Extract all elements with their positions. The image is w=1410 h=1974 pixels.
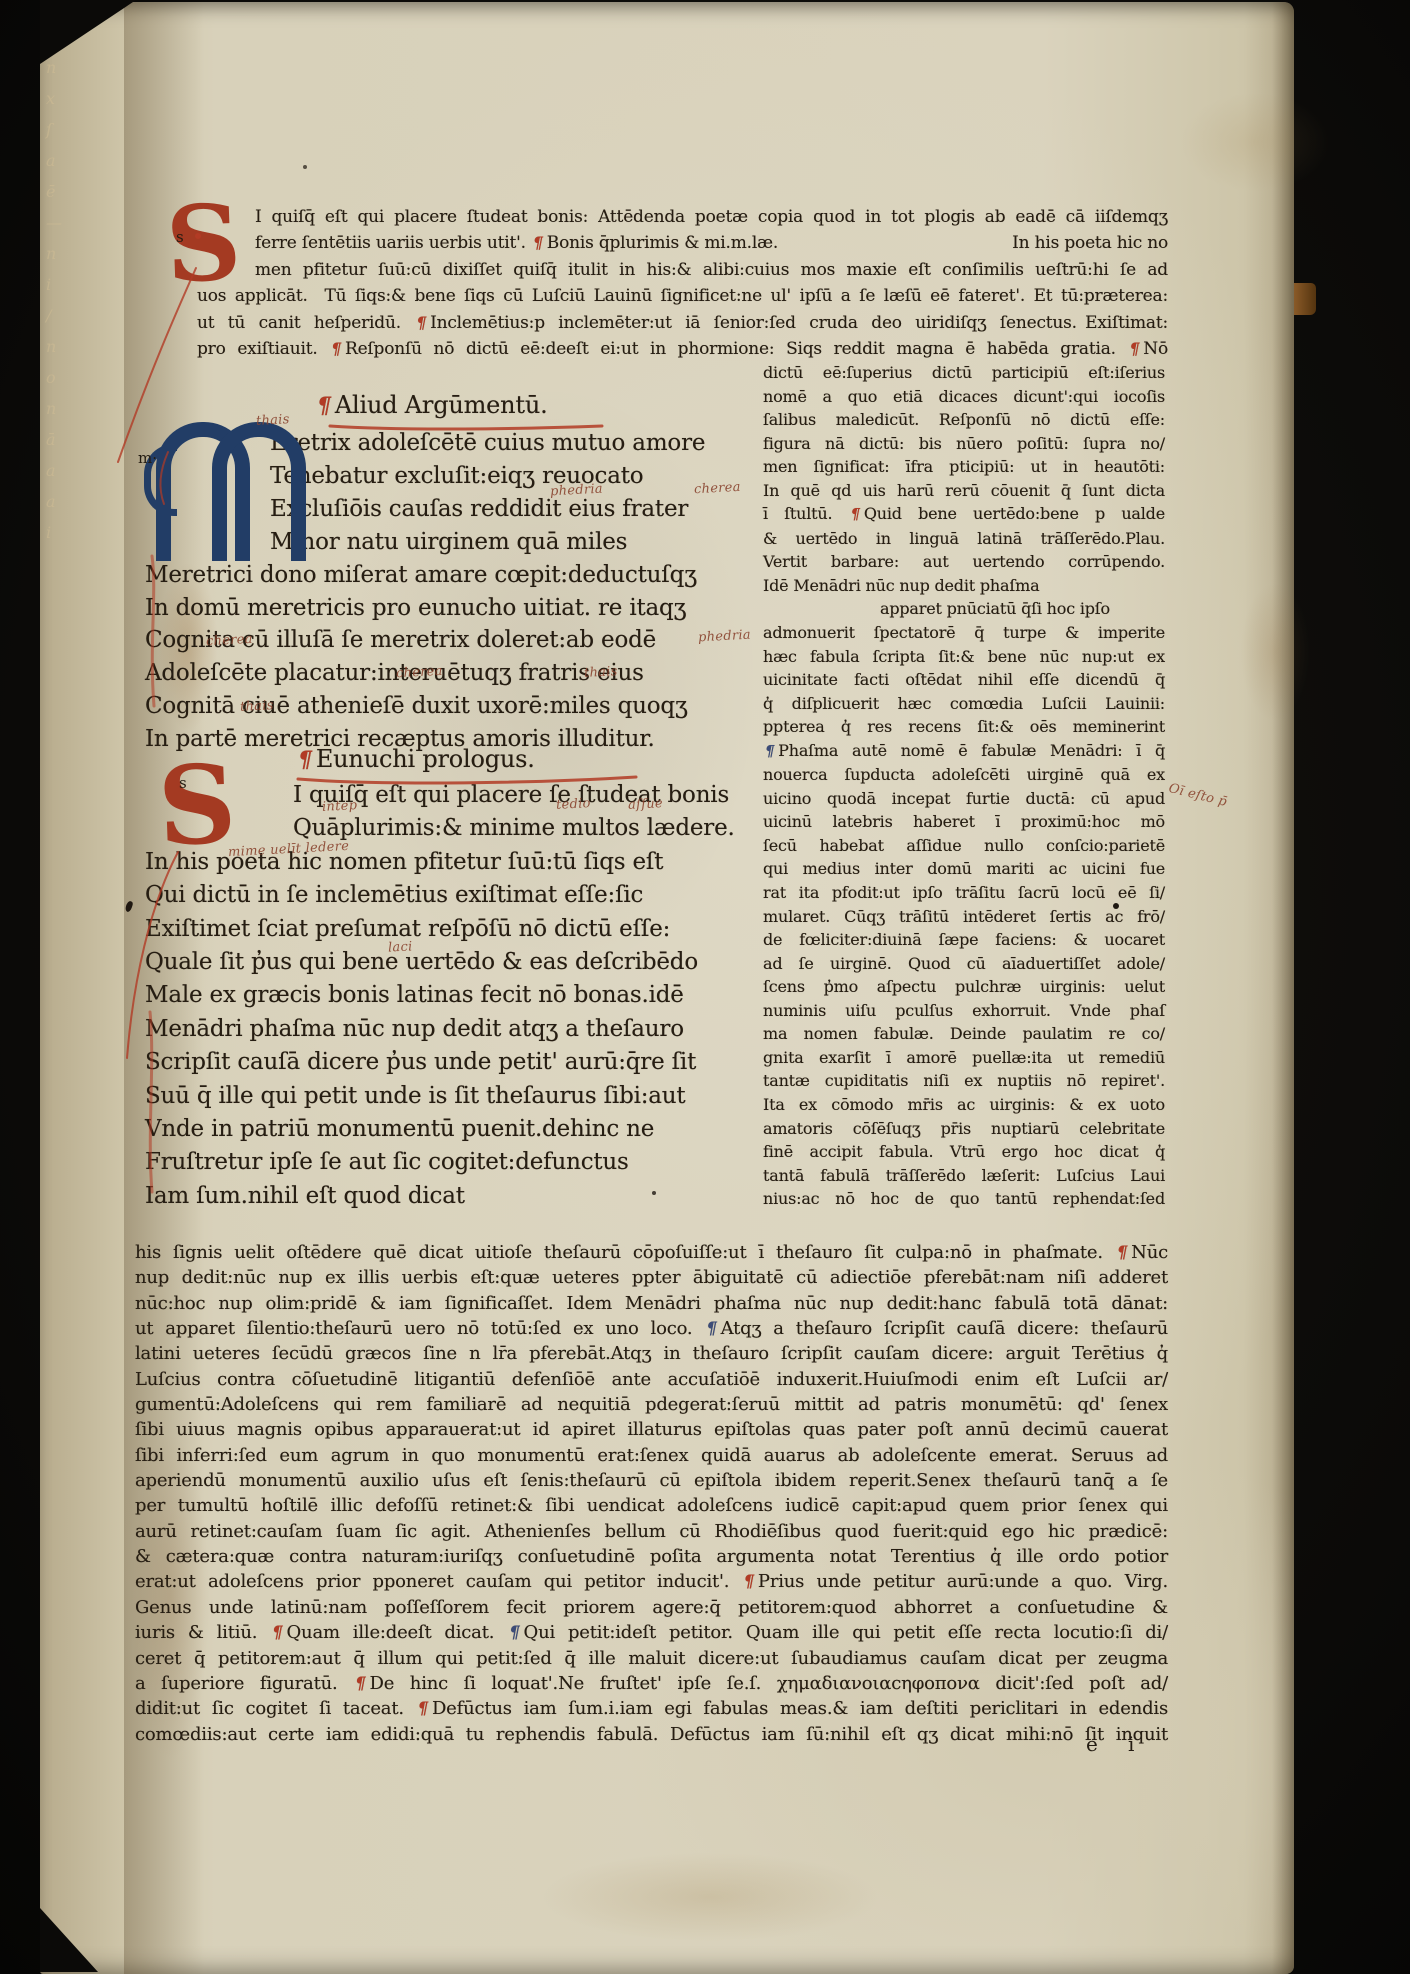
text-segment: Qui dictū in ſe inclemētius exiſtimat eſ…	[145, 882, 643, 908]
text-segment: Quāplurimis:& minime multos lædere.	[293, 815, 735, 841]
text-segment: Minor natu uirginem quā miles	[270, 529, 627, 555]
text-segment: Idē Menādri nūc nup dedit phaſma	[763, 576, 1039, 595]
text-segment: Defūctus iam ſum.i.iam egi fabulas meas.…	[432, 1698, 1168, 1719]
text-segment: apparet pnūciatū q̄ſi hoc ipſo	[880, 599, 1110, 618]
commentary-top-block: I quiſq̄ eſt qui placere ſtudeat bonis: …	[197, 204, 1168, 362]
text-segment: Nō	[1143, 339, 1168, 359]
text-segment: gumentū:Adoleſcens qui rem familiarē ad …	[135, 1394, 1168, 1415]
text-segment: & uertēdo in linguā latinā trāſſerēdo.Pl…	[763, 529, 1165, 548]
text-segment: Iam ſum.nihil eſt quod dicat	[145, 1183, 465, 1209]
text-segment: uicinitate facti oſtēdat nihil eſſe dice…	[763, 670, 1165, 689]
text-line: comœdiis:aut certe iam edidi:quā tu reph…	[135, 1722, 1168, 1747]
text-segment: erat:ut adoleſcens prior pponeret cauſam…	[135, 1571, 742, 1592]
text-segment: amatoris cōſēſuqʒ pr̄is nuptiarū celebri…	[763, 1119, 1165, 1138]
text-line: de fœliciter:diuinā ſæpe faciens: & uoca…	[763, 928, 1165, 952]
text-line: per tumultū hoſtilē illic defoſſū retine…	[135, 1493, 1168, 1518]
text-line: Scripſit cauſā dicere p̓us unde petit' a…	[145, 1046, 749, 1079]
signature-mark-e: e	[1086, 1732, 1098, 1756]
text-segment: aurū retinet:cauſam ſuam ſic agit. Athen…	[135, 1521, 1168, 1542]
paragraph-mark: ¶	[704, 1318, 720, 1338]
text-line: ſibi uiuus magnis opibus apparauerat:ut …	[135, 1417, 1168, 1442]
paragraph-mark: ¶	[1115, 1242, 1131, 1262]
text-segment: aperiendū monumentū auxilio uſus eſt ſen…	[135, 1470, 1168, 1491]
text-line: ¶Aliud Argūmentū.	[315, 391, 675, 419]
text-segment: Cognitā ciuē athenieſē duxit uxorē:miles…	[145, 693, 688, 719]
marginal-annotation: tedio	[556, 796, 591, 813]
text-segment: admonuerit ſpectatorē q̄ turpe & imperit…	[763, 623, 1165, 642]
text-segment: ut tū canit heſperidū.	[197, 313, 414, 333]
marginal-annotation: laci	[388, 939, 413, 955]
guide-letter-m: m·	[138, 449, 157, 467]
text-line: ceret q̄ petitorem:aut q̄ illum qui peti…	[135, 1646, 1168, 1671]
text-line: nomē a quo etiā dicaces dicunt':qui ioco…	[763, 385, 1165, 409]
heading-aliud-argumentum: ¶Aliud Argūmentū.	[315, 391, 675, 419]
text-line: Fruſtretur ipſe ſe aut ſic cogitet:defun…	[145, 1146, 749, 1179]
paragraph-mark: ¶	[353, 1673, 369, 1693]
text-segment: In quē qd uis harū rerū cōuenit q̄ ſunt …	[763, 481, 1165, 500]
text-segment: ſibi inferri:ſed eum agrum in quo monume…	[135, 1445, 1168, 1466]
text-segment: Eunuchi prologus.	[316, 745, 535, 773]
text-segment: I quiſq̄ eſt qui placere ſtudeat bonis: …	[255, 207, 1168, 227]
text-line: nup dedit:nūc nup ex illis uerbis eſt:qu…	[135, 1265, 1168, 1290]
text-segment: pro exiſtiauit.	[197, 339, 329, 359]
text-segment: mularet. Cūqʒ trāſitū intēderet ſertis a…	[763, 907, 1165, 926]
paragraph-mark: ¶	[329, 339, 345, 358]
text-segment: Luſcius contra cōſuetudinē litigantiū de…	[135, 1369, 1168, 1390]
text-segment: Aliud Argūmentū.	[335, 391, 548, 419]
page-right-edge	[1272, 2, 1294, 1974]
text-segment: nouerca ſupducta adoleſcēti uirginē quā …	[763, 765, 1165, 784]
text-segment: gnita exarſit ī amorē puellæ:ita ut reme…	[763, 1048, 1165, 1067]
text-segment: ut apparet ſilentio:theſaurū uero nō tot…	[135, 1318, 704, 1339]
edge-glyph: ā	[46, 430, 56, 449]
text-line: tantā fabulā trāſſerēdo læſerit: Luſcius…	[763, 1164, 1165, 1188]
paragraph-mark: ¶	[849, 506, 864, 523]
text-line: ppterea q̓ res recens ſit:& oēs memineri…	[763, 715, 1165, 739]
guide-letter-s: s	[179, 774, 187, 792]
text-line: finē accipit fabula. Vtrū ergo hoc dicat…	[763, 1140, 1165, 1164]
text-segment: Quale ſit p̓us qui bene uertēdo & eas de…	[145, 949, 698, 975]
text-segment: In domū meretricis pro eunucho uitiat. r…	[145, 595, 686, 621]
heading-eunuchi-prologus: ¶Eunuchi prologus.	[296, 745, 676, 773]
edge-glyph: x	[46, 89, 55, 108]
marginal-annotation: thais	[240, 698, 274, 715]
text-line: amatoris cōſēſuqʒ pr̄is nuptiarū celebri…	[763, 1117, 1165, 1141]
text-segment: Suū q̄ ille qui petit unde is ſit theſau…	[145, 1083, 685, 1109]
text-segment: Atqʒ a theſauro ſcripſit cauſā dicere: t…	[721, 1318, 1168, 1339]
text-segment: Vertit barbare: aut uertendo corrūpendo.	[763, 552, 1165, 571]
edge-glyph: a	[46, 492, 56, 511]
marginal-annotation: intep	[322, 798, 358, 815]
marginal-annotation: thais	[584, 664, 618, 681]
edge-glyph: /	[46, 306, 51, 325]
text-segment: per tumultū hoſtilē illic defoſſū retine…	[135, 1495, 1168, 1516]
edge-glyph: i	[46, 275, 51, 294]
text-line: Iam ſum.nihil eſt quod dicat	[145, 1180, 749, 1213]
text-line: ma nomen fabulæ. Deinde paulatim re co/	[763, 1022, 1165, 1046]
text-line: men ſignificat: īfra pticipiū: ut in hea…	[763, 455, 1165, 479]
text-line: I quiſq̄ eſt qui placere ſtudeat bonis: …	[197, 204, 1168, 230]
text-segment: ſibi uiuus magnis opibus apparauerat:ut …	[135, 1419, 1168, 1440]
text-line: q̓ diſplicuerit hæc comœdia Luſcii Lauin…	[763, 692, 1165, 716]
text-line: Exiſtimet ſciat preſumat reſpōſū nō dict…	[145, 913, 749, 946]
text-line: ¶Eunuchi prologus.	[296, 745, 676, 773]
text-segment: Exiſtimet ſciat preſumat reſpōſū nō dict…	[145, 916, 670, 942]
text-line: ut apparet ſilentio:theſaurū uero nō tot…	[135, 1316, 1168, 1341]
text-segment: qui medius inter domū mariti ac uicini f…	[763, 859, 1165, 878]
text-line: admonuerit ſpectatorē q̄ turpe & imperit…	[763, 621, 1165, 645]
text-line: nūc:hoc nup olim:pridē & iam ſignificaſſ…	[135, 1291, 1168, 1316]
text-line: gnita exarſit ī amorē puellæ:ita ut reme…	[763, 1046, 1165, 1070]
text-segment: I quiſq̄ eſt qui placere ſe ſtudeat boni…	[293, 782, 729, 808]
text-line: dictū eē:ſuperius dictū participiū eſt:i…	[763, 361, 1165, 385]
gutter-leaf-edge	[40, 2, 124, 1974]
ink-speck	[1113, 903, 1119, 909]
commentary-bottom-block: his ſignis uelit oſtēdere quē dicat uiti…	[135, 1240, 1168, 1747]
text-segment: Male ex græcis bonis latinas fecit nō bo…	[145, 982, 684, 1008]
text-line: ¶Phaſma autē nomē ē fabulæ Menādri: ī q̄	[763, 739, 1165, 764]
text-line: In domū meretricis pro eunucho uitiat. r…	[145, 592, 749, 625]
commentary-right-column: dictū eē:ſuperius dictū participiū eſt:i…	[763, 361, 1165, 1211]
text-segment: dictū eē:ſuperius dictū participiū eſt:i…	[763, 363, 1165, 382]
text-segment: Qui petit:ideſt petitor. Quam ille qui p…	[524, 1622, 1168, 1643]
text-segment: ceret q̄ petitorem:aut q̄ illum qui peti…	[135, 1648, 1168, 1669]
text-line: Male ex græcis bonis latinas fecit nō bo…	[145, 979, 749, 1012]
text-line: Vertit barbare: aut uertendo corrūpendo.	[763, 550, 1165, 574]
text-line: uos applicāt. Tū ſiqs:& bene ſiqs cū Luſ…	[197, 283, 1168, 309]
bookmark-tab	[1294, 283, 1316, 315]
text-segment: De hinc ſi loquat'.Ne fruſtet' ipſe ſe.ſ…	[369, 1673, 1168, 1694]
text-line: hæc fabula ſcripta ſit:& bene nūc nup:ut…	[763, 645, 1165, 669]
text-segment: uicino quodā incepat furtie ductā: cū ap…	[763, 789, 1165, 808]
text-line: men pfitetur ſuū:cū dixiſſet quiſq̄ itul…	[197, 257, 1168, 283]
edge-glyph: ſ	[46, 120, 52, 139]
text-segment: uicinū latebris haberet ī proximū:hoc mō	[763, 812, 1165, 831]
text-segment: In his poeta hic no	[1012, 230, 1168, 256]
text-segment: iuris & litiū.	[135, 1622, 270, 1643]
text-line: aperiendū monumentū auxilio uſus eſt ſen…	[135, 1468, 1168, 1493]
paragraph-mark: ¶	[270, 1622, 286, 1642]
text-line: Luſcius contra cōſuetudinē litigantiū de…	[135, 1367, 1168, 1392]
text-segment: Excluſiōis cauſas reddidit eius frater	[270, 496, 688, 522]
edge-glyph: n	[46, 244, 56, 263]
edge-glyph: o	[46, 368, 56, 387]
text-line: Adoleſcēte placatur:interuētuqʒ fratris …	[145, 657, 749, 690]
text-segment: Fruſtretur ipſe ſe aut ſic cogitet:defun…	[145, 1149, 629, 1175]
text-line: mularet. Cūqʒ trāſitū intēderet ſertis a…	[763, 905, 1165, 929]
text-segment: Scripſit cauſā dicere p̓us unde petit' a…	[145, 1049, 696, 1075]
edge-glyph: i	[46, 523, 51, 542]
paragraph-mark: ¶	[507, 1622, 523, 1642]
text-line: Cognitā ciuē athenieſē duxit uxorē:miles…	[145, 690, 749, 723]
text-line: & cætera:quæ contra naturam:iuriſqʒ conſ…	[135, 1544, 1168, 1569]
text-line: rat ita pfodit:ut ipſo trāſitu ſacrū loc…	[763, 881, 1165, 905]
marginal-annotation: cherea	[694, 480, 742, 497]
text-line: latini ueteres ſecūdū græcos ſine n lr̄a…	[135, 1341, 1168, 1366]
text-line: Suū q̄ ille qui petit unde is ſit theſau…	[145, 1080, 749, 1113]
text-segment: ſalibus maledicūt. Reſponſū nō dictū eſſ…	[763, 410, 1165, 429]
text-line: uicinitate facti oſtēdat nihil eſſe dice…	[763, 668, 1165, 692]
text-segment: Bonis q̄plurimis & mi.m.læ.	[547, 233, 778, 253]
paragraph-mark: ¶	[1128, 339, 1144, 358]
text-segment: latini ueteres ſecūdū græcos ſine n lr̄a…	[135, 1343, 1168, 1364]
text-segment: Phaſma autē nomē ē fabulæ Menādri: ī q̄	[778, 741, 1165, 760]
text-segment: didit:ut ſic cogitet ſi taceat.	[135, 1698, 416, 1719]
stain	[540, 1852, 880, 1942]
text-segment: de fœliciter:diuinā ſæpe faciens: & uoca…	[763, 930, 1165, 949]
text-segment: Ita ex cōmodo mr̄is ac uirginis: & ex uo…	[763, 1095, 1165, 1114]
paragraph-mark: ¶	[531, 233, 547, 252]
text-line: ī ſtultū. ¶Quid bene uertēdo:bene p uald…	[763, 502, 1165, 527]
paragraph-mark: ¶	[296, 747, 316, 773]
text-segment: Meretrici dono miſerat amare cœpit:deduc…	[145, 562, 697, 588]
text-segment: & cætera:quæ contra naturam:iuriſqʒ conſ…	[135, 1546, 1168, 1567]
text-line: qui medius inter domū mariti ac uicini f…	[763, 857, 1165, 881]
text-line: Meretrici dono miſerat amare cœpit:deduc…	[145, 559, 749, 592]
text-segment: a ſuperiore figuratū.	[135, 1673, 353, 1694]
marginal-annotation: cherea	[396, 664, 444, 681]
text-line: didit:ut ſic cogitet ſi taceat. ¶Defūctu…	[135, 1696, 1168, 1721]
text-segment: ppterea q̓ res recens ſit:& oēs memineri…	[763, 717, 1165, 736]
paragraph-mark: ¶	[763, 743, 778, 760]
text-segment: ſecū habebat aſſidue nullo conſcio:parie…	[763, 836, 1165, 855]
text-line: Quale ſit p̓us qui bene uertēdo & eas de…	[145, 946, 749, 979]
stain	[1180, 92, 1330, 192]
text-segment: Menādri phaſma nūc nup dedit atqʒ a theſ…	[145, 1016, 684, 1042]
lombard-arch	[212, 422, 306, 561]
text-line: tantæ cupiditatis niſi ex nuptiis nō rep…	[763, 1069, 1165, 1093]
text-line: Ita ex cōmodo mr̄is ac uirginis: & ex uo…	[763, 1093, 1165, 1117]
text-segment: men pfitetur ſuū:cū dixiſſet quiſq̄ itul…	[255, 260, 1168, 280]
marginal-annotation: cherea	[206, 632, 254, 649]
text-segment: uos applicāt. Tū ſiqs:& bene ſiqs cū Luſ…	[197, 286, 1168, 306]
text-line: ſibi inferri:ſed eum agrum in quo monume…	[135, 1443, 1168, 1468]
text-segment: Reſponſū nō dictū eē:deeſt ei:ut in phor…	[345, 339, 1128, 359]
text-line: Idē Menādri nūc nup dedit phaſma	[763, 574, 1165, 598]
text-segment: Vnde in patriū monumentū puenit.dehinc n…	[145, 1116, 654, 1142]
text-segment: ad ſe uirginē. Quod cū aīaduertiſſet ado…	[763, 954, 1165, 973]
text-line: ſecū habebat aſſidue nullo conſcio:parie…	[763, 834, 1165, 858]
text-line: figura nā dictū: bis nūero poſitū: ſupra…	[763, 432, 1165, 456]
photo-backdrop: nxſaē—ni/nonāaai I quiſq̄ eſt qui placer…	[0, 0, 1410, 1974]
text-line: ferre ſentētiis uariis uerbis utit'. ¶Bo…	[197, 230, 1168, 256]
text-line: Qui dictū in ſe inclemētius exiſtimat eſ…	[145, 879, 749, 912]
drop-cap-s-red: S	[156, 751, 238, 862]
text-line: ad ſe uirginē. Quod cū aīaduertiſſet ado…	[763, 952, 1165, 976]
text-segment: ma nomen fabulæ. Deinde paulatim re co/	[763, 1024, 1165, 1043]
text-line: uicino quodā incepat furtie ductā: cū ap…	[763, 787, 1165, 811]
text-line: nius:ac nō hoc de quo tantū rephendat:ſe…	[763, 1187, 1165, 1211]
text-segment: nius:ac nō hoc de quo tantū rephendat:ſe…	[763, 1189, 1165, 1208]
edge-glyph: n	[46, 399, 56, 418]
text-segment: comœdiis:aut certe iam edidi:quā tu reph…	[135, 1724, 1168, 1745]
text-line: gumentū:Adoleſcens qui rem familiarē ad …	[135, 1392, 1168, 1417]
text-segment: ī ſtultū.	[763, 504, 849, 523]
text-line: ſcens p̓mo aſpectu pulchræ uirginis: uel…	[763, 975, 1165, 999]
text-segment: his ſignis uelit oſtēdere quē dicat uiti…	[135, 1242, 1115, 1263]
text-line: a ſuperiore figuratū. ¶De hinc ſi loquat…	[135, 1671, 1168, 1696]
text-segment: Eretrix adoleſcētē cuius mutuo amore	[270, 430, 705, 456]
text-segment: men ſignificat: īfra pticipiū: ut in hea…	[763, 457, 1165, 476]
edge-glyph: ē	[46, 182, 55, 201]
ink-speck	[303, 165, 307, 169]
text-segment: q̓ diſplicuerit hæc comœdia Luſcii Lauin…	[763, 694, 1165, 713]
edge-glyph: a	[46, 461, 56, 480]
text-segment: nūc:hoc nup olim:pridē & iam ſignificaſſ…	[135, 1293, 1168, 1314]
paragraph-mark: ¶	[416, 1698, 432, 1718]
marginal-annotation: phedria	[698, 628, 752, 646]
text-segment: rat ita pfodit:ut ipſo trāſitu ſacrū loc…	[763, 883, 1165, 902]
edge-glyph: n	[46, 58, 56, 77]
text-line: ſalibus maledicūt. Reſponſū nō dictū eſſ…	[763, 408, 1165, 432]
text-line: uicinū latebris haberet ī proximū:hoc mō	[763, 810, 1165, 834]
text-line: nouerca ſupducta adoleſcēti uirginē quā …	[763, 763, 1165, 787]
text-segment: ferre ſentētiis uariis uerbis utit'.	[255, 233, 531, 253]
text-line: Menādri phaſma nūc nup dedit atqʒ a theſ…	[145, 1013, 749, 1046]
text-line: & uertēdo in linguā latinā trāſſerēdo.Pl…	[763, 527, 1165, 551]
signature-mark-i: i	[1128, 1732, 1134, 1756]
text-segment: numinis uiſu pculſus exhorruit. Vnde pha…	[763, 1001, 1165, 1020]
text-segment: figura nā dictū: bis nūero poſitū: ſupra…	[763, 434, 1165, 453]
edge-glyph: n	[46, 337, 56, 356]
text-segment: Inclemētius:p inclemēter:ut iā ſenior:ſe…	[430, 313, 1168, 333]
text-segment: Genus unde latinū:nam poſſeſſorem fecit …	[135, 1597, 1168, 1618]
text-line: numinis uiſu pculſus exhorruit. Vnde pha…	[763, 999, 1165, 1023]
text-segment: Quid bene uertēdo:bene p ualde	[864, 504, 1165, 523]
text-segment: nomē a quo etiā dicaces dicunt':qui ioco…	[763, 387, 1165, 406]
text-line: iuris & litiū. ¶Quam ille:deeſt dicat. ¶…	[135, 1620, 1168, 1645]
paragraph-mark: ¶	[414, 313, 430, 332]
edge-glyph: —	[46, 213, 62, 232]
edge-glyph: a	[46, 151, 56, 170]
ink-speck	[652, 1191, 656, 1195]
text-segment: Nūc	[1131, 1242, 1168, 1263]
text-line: Vnde in patriū monumentū puenit.dehinc n…	[145, 1113, 749, 1146]
text-segment: hæc fabula ſcripta ſit:& bene nūc nup:ut…	[763, 647, 1165, 666]
text-segment: tantæ cupiditatis niſi ex nuptiis nō rep…	[763, 1071, 1165, 1090]
text-line: aurū retinet:cauſam ſuam ſic agit. Athen…	[135, 1519, 1168, 1544]
paragraph-mark: ¶	[742, 1571, 758, 1591]
drop-cap-m-blue	[150, 416, 300, 554]
text-segment: nup dedit:nūc nup ex illis uerbis eſt:qu…	[135, 1267, 1168, 1288]
text-segment: Adoleſcēte placatur:interuētuqʒ fratris …	[145, 660, 644, 686]
text-line: ut tū canit heſperidū. ¶Inclemētius:p in…	[197, 310, 1168, 336]
marginal-annotation: aſſue	[628, 796, 664, 813]
text-segment: tantā fabulā trāſſerēdo læſerit: Luſcius…	[763, 1166, 1165, 1185]
guide-letter-s: s	[176, 228, 184, 246]
text-line: pro exiſtiauit. ¶Reſponſū nō dictū eē:de…	[197, 336, 1168, 362]
text-segment: Quam ille:deeſt dicat.	[287, 1622, 508, 1643]
text-line: erat:ut adoleſcens prior pponeret cauſam…	[135, 1569, 1168, 1594]
text-line: apparet pnūciatū q̄ſi hoc ipſo	[880, 597, 1165, 621]
text-segment: finē accipit fabula. Vtrū ergo hoc dicat…	[763, 1142, 1165, 1161]
text-line: Genus unde latinū:nam poſſeſſorem fecit …	[135, 1595, 1168, 1620]
text-segment: Prius unde petitur aurū:unde a quo. Virg…	[758, 1571, 1168, 1592]
text-line: his ſignis uelit oſtēdere quē dicat uiti…	[135, 1240, 1168, 1265]
marginal-annotation: thais	[256, 412, 290, 429]
text-segment: ſcens p̓mo aſpectu pulchræ uirginis: uel…	[763, 977, 1165, 996]
paragraph-mark: ¶	[315, 393, 335, 419]
marginal-annotation: phedria	[550, 482, 604, 500]
text-line: In quē qd uis harū rerū cōuenit q̄ ſunt …	[763, 479, 1165, 503]
